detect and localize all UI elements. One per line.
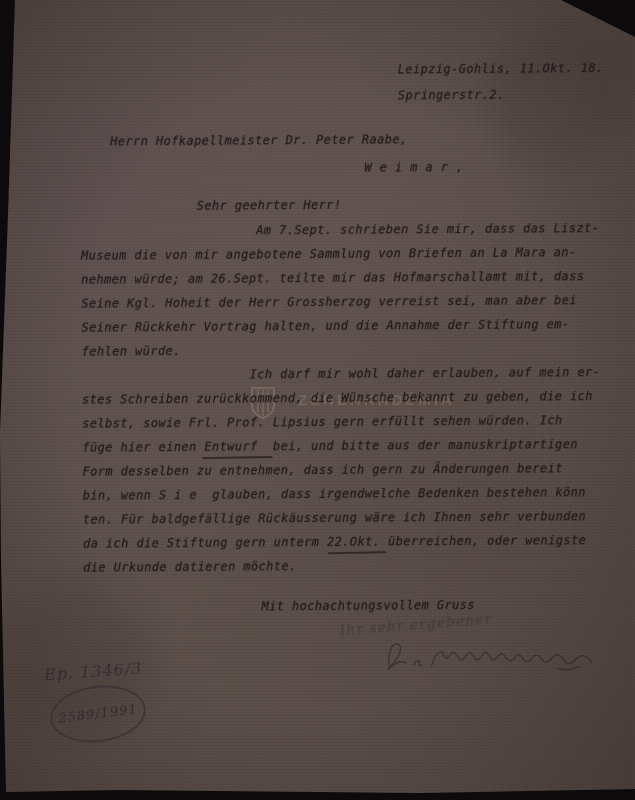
recipient-city-line: W e i m a r , bbox=[364, 155, 463, 180]
signature-handwriting bbox=[362, 628, 602, 680]
dateline-street: Springerstr.2. bbox=[398, 83, 505, 108]
letter-paper: ZENEAKADÉMIA Leipzig-Gohlis, 11.Okt. 18.… bbox=[0, 0, 635, 800]
body-paragraph-2: Ich darf mir wohl daher erlauben, auf me… bbox=[82, 360, 623, 580]
stamp-number: 2589/1991 bbox=[58, 702, 139, 727]
salutation-line: Sehr geehrter Herr! bbox=[197, 193, 342, 218]
scanned-letter-page: ZENEAKADÉMIA Leipzig-Gohlis, 11.Okt. 18.… bbox=[0, 0, 635, 800]
body-paragraph-1: Am 7.Sept. schrieben Sie mir, dass das L… bbox=[81, 216, 622, 364]
dateline-place-date: Leipzig-Gohlis, 11.Okt. 18. bbox=[398, 56, 604, 81]
recipient-name-line: Herrn Hofkapellmeister Dr. Peter Raabe, bbox=[110, 127, 408, 153]
